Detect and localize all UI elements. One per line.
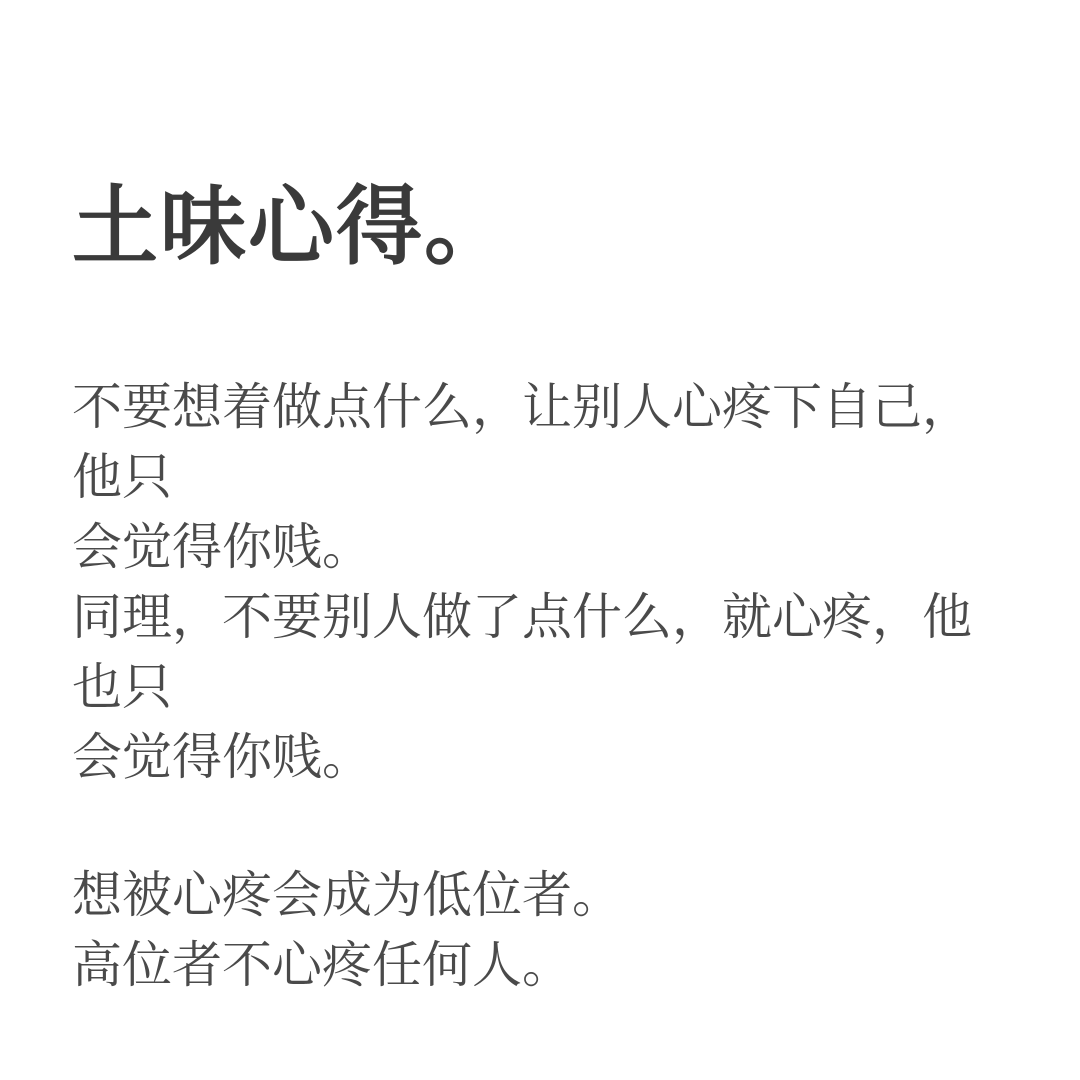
quote-card: 土味心得。 不要想着做点什么，让别人心疼下自己，他只 会觉得你贱。 同理，不要别… (0, 0, 1080, 1080)
page-title: 土味心得。 (72, 184, 1010, 270)
paragraph-conclusion: 想被心疼会成为低位者。 高位者不心疼任何人。 (72, 860, 1010, 1000)
paragraph-advice: 不要想着做点什么，让别人心疼下自己，他只 会觉得你贱。 同理，不要别人做了点什么… (72, 372, 1010, 792)
